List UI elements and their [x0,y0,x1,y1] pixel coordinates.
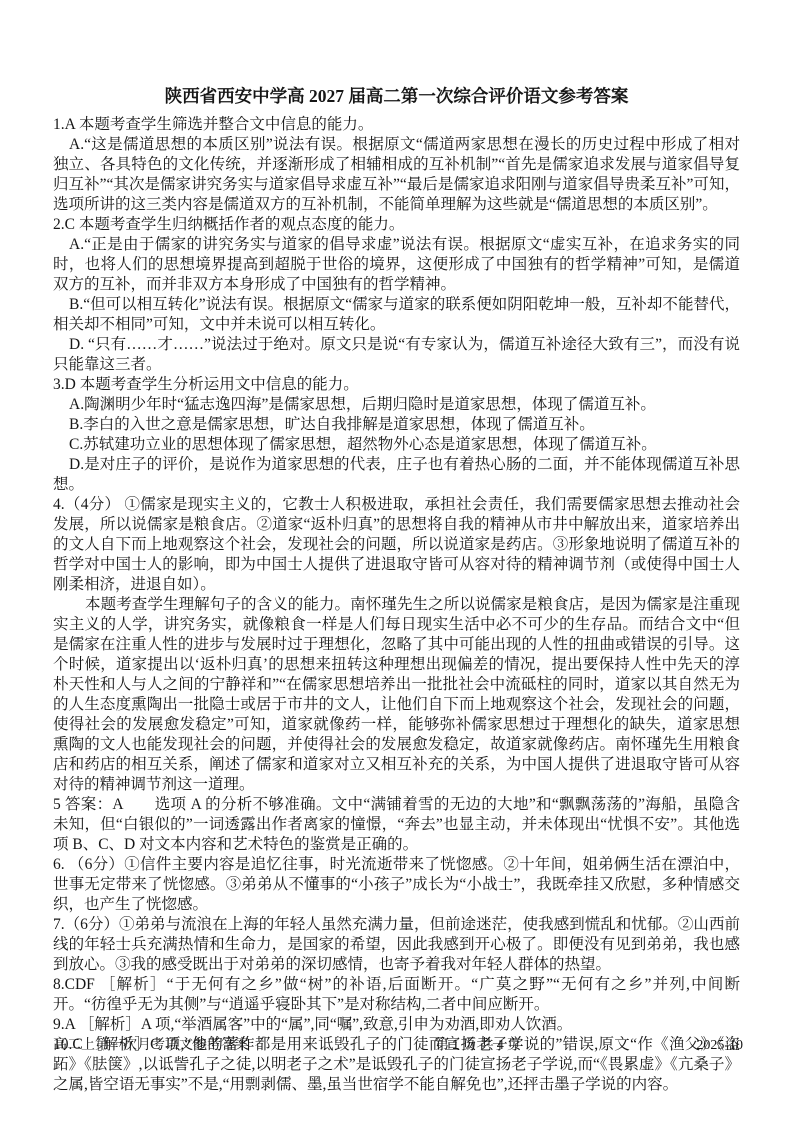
answer-paragraph: B.“但可以相互转化”说法有误。根据原文“儒家与道家的联系便如阴阳乾坤一般，互补… [53,295,740,335]
footer-document-name: 高二上第一次月考语文参考答案 [53,1038,353,1054]
answer-paragraph: 2.C 本题考查学生归纳概括作者的观点态度的能力。 [53,215,740,235]
document-page: 陕西省西安中学高 2027 届高二第一次综合评价语文参考答案 1.A 本题考查学… [0,0,793,1122]
answer-paragraph: 3.D 本题考查学生分析运用文中信息的能力。 [53,375,740,395]
footer-date: 2025-10 [603,1038,743,1054]
answer-paragraph: B.李白的入世之意是儒家思想，旷达自我排解是道家思想，体现了儒道互补。 [53,415,740,435]
answer-paragraph: A.“正是由于儒家的讲究务实与道家的倡导求虚”说法有误。根据原文“虚实互补，在追… [53,235,740,295]
answer-paragraph: 6. （6分）①信件主要内容是追忆往事，时光流逝带来了恍惚感。②十年间，姐弟俩生… [53,855,740,915]
answer-paragraph: D.是对庄子的评价，是说作为道家思想的代表，庄子也有着热心肠的二面，并不能体现儒… [53,455,740,495]
answer-paragraph: D. “只有……才……”说法过于绝对。原文只是说“有专家认为，儒道互补途径大致有… [53,335,740,375]
page-footer: 高二上第一次月考语文参考答案 第1页 共4页 2025-10 [53,1037,743,1054]
answer-paragraph: 7.（6分）①弟弟与流浪在上海的年轻人虽然充满力量，但前途迷茫，使我感到慌乱和忧… [53,915,740,975]
answers-body: 1.A 本题考查学生筛选并整合文中信息的能力。A.“这是儒道思想的本质区别”说法… [53,115,740,1095]
footer-page-indicator: 第1页 共4页 [353,1037,603,1054]
answer-paragraph: 1.A 本题考查学生筛选并整合文中信息的能力。 [53,115,740,135]
footer-page-label-suffix: 页 [507,1038,521,1053]
footer-current-page-number: 1 [449,1037,462,1052]
answer-paragraph: 5 答案：A 选项 A 的分析不够准确。文中“满铺着雪的无边的大地”和“飘飘荡荡… [53,795,740,855]
answer-paragraph: A.“这是儒道思想的本质区别”说法有误。根据原文“儒道两家思想在漫长的历史过程中… [53,135,740,215]
page-title: 陕西省西安中学高 2027 届高二第一次综合评价语文参考答案 [54,84,739,108]
footer-page-label-prefix: 第 [435,1038,449,1053]
footer-total-page-number: 4 [494,1037,507,1052]
footer-page-label-mid: 页 共 [462,1038,494,1053]
answer-paragraph: 本题考查学生理解句子的含义的能力。南怀瑾先生之所以说儒家是粮食店，是因为儒家是注… [53,595,740,795]
answer-paragraph: 9.A ［解析］A 项,“举酒属客”中的“属”,同“嘱”,致意,引申为劝酒,即劝… [53,1015,740,1035]
answer-paragraph: 4.（4分） ①儒家是现实主义的，它教士人积极进取，承担社会责任，我们需要儒家思… [53,495,740,595]
answer-paragraph: C.苏轼建功立业的思想体现了儒家思想，超然物外心态是道家思想，体现了儒道互补。 [53,435,740,455]
answer-paragraph: 8.CDF ［解析］“于无何有之乡”做“树”的补语,后面断开。“广莫之野”“无何… [53,975,740,1015]
answer-paragraph: A.陶渊明少年时“猛志逸四海”是儒家思想，后期归隐时是道家思想，体现了儒道互补。 [53,395,740,415]
